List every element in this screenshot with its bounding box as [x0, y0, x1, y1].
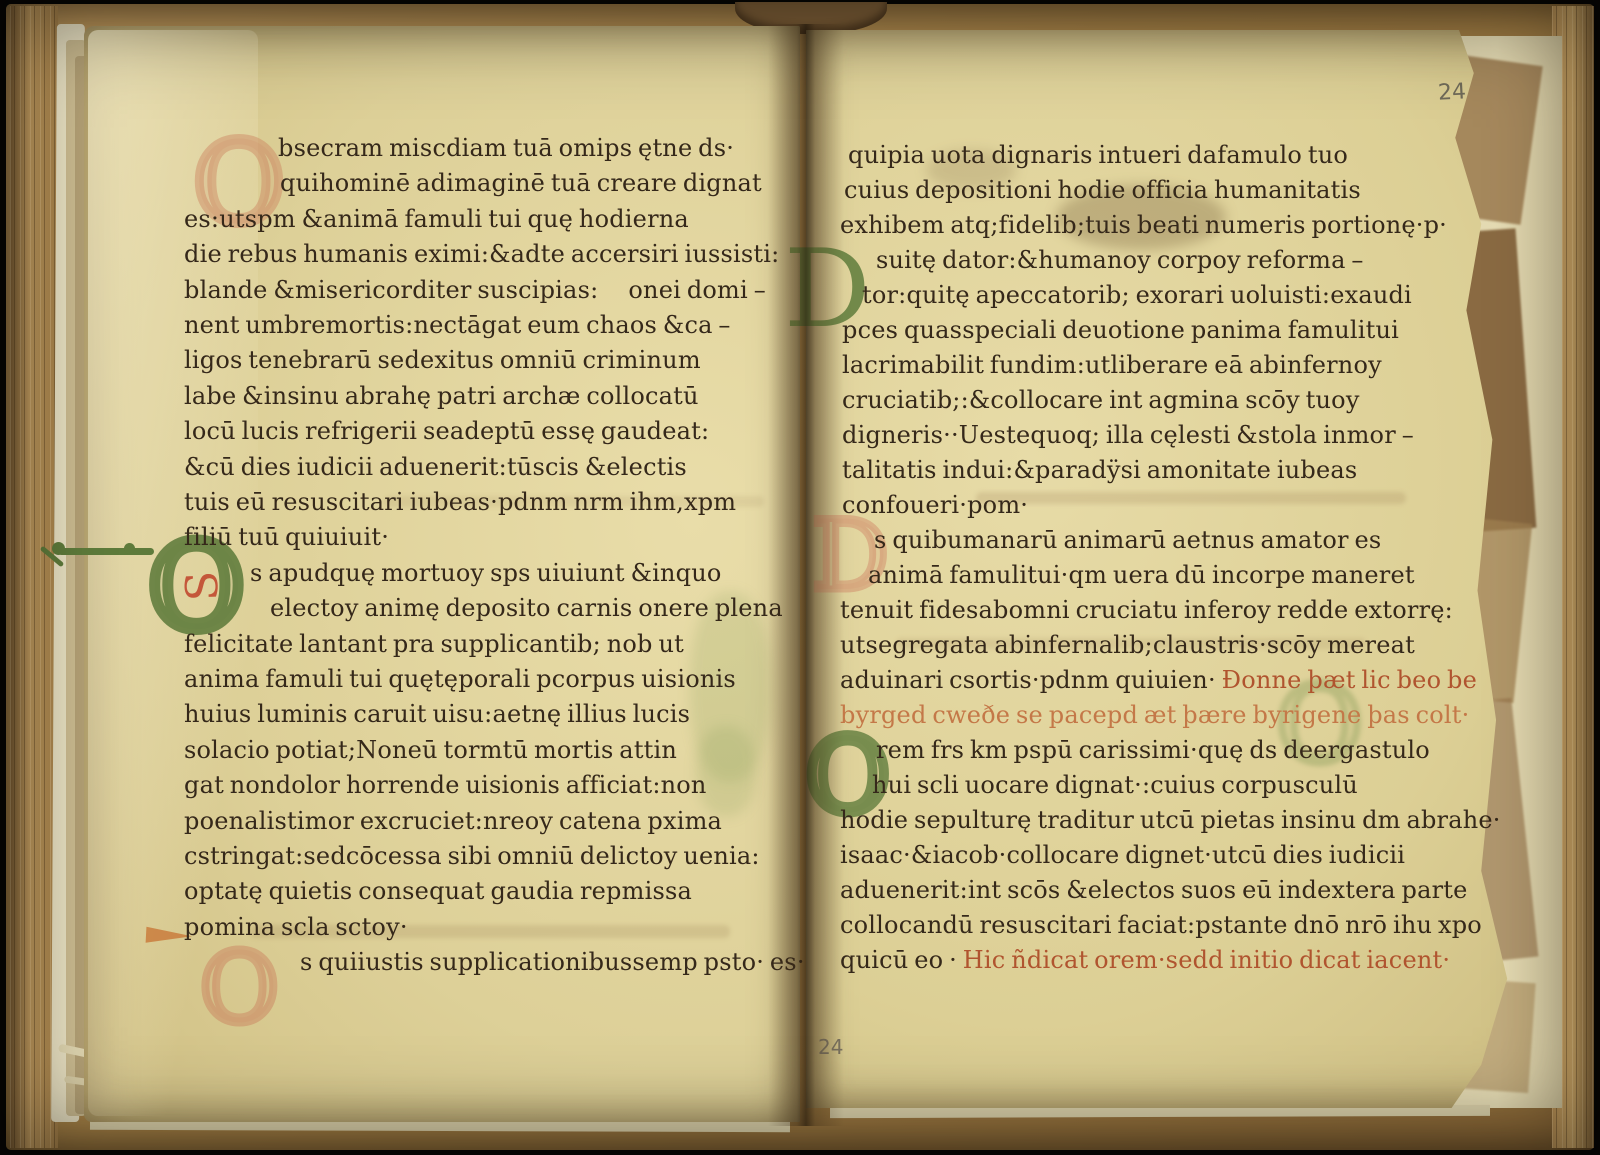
latin-text: pomina scla sctoy· — [184, 913, 408, 941]
initial-flourish — [52, 542, 65, 555]
initial-flourish — [58, 548, 154, 555]
latin-text: gat nondolor horrende uisionis afficiat:… — [184, 771, 707, 799]
latin-text: isaac·&iacob·collocare dignet·utcū dies … — [840, 841, 1405, 869]
latin-text: aduinari csortis·pdnm quiuien· — [840, 666, 1222, 694]
manuscript-line: hui scli uocare dignat·:cuius corpusculū — [872, 770, 1358, 800]
showthrough-text — [976, 492, 1406, 504]
manuscript-line: suitę dator:&humanoy corpoy reforma – — [876, 245, 1364, 275]
manuscript-line: cruciatib;:&collocare int agmina scōy tu… — [842, 385, 1360, 415]
cover-edge-left — [10, 6, 58, 1148]
manuscript-line: tuis eū resuscitari iubeas·pdnm nrm ihm,… — [184, 487, 736, 517]
latin-text: es:utspm &animā famuli tui quę hodierna — [184, 205, 689, 233]
manuscript-line: die rebus humanis eximi:&adte accersiri … — [184, 239, 779, 269]
rubric-text: byrged cweðe se pacepd æt þære byrigene … — [840, 701, 1469, 729]
latin-text: aduenerit:int scōs &electos suos eū inde… — [840, 876, 1468, 904]
left-page: O O S O bsecram miscdiam tuā omips ętne … — [84, 26, 800, 1122]
manuscript-line: digneris··Uestequoq; illa cęlesti &stola… — [842, 420, 1414, 450]
latin-text: tenuit fidesabomni cruciatu inferoy redd… — [840, 596, 1453, 624]
manuscript-line: anima famuli tui quętęporali pcorpus uis… — [184, 664, 736, 694]
latin-text: cuius depositioni hodie officia humanita… — [844, 176, 1361, 204]
latin-text: s quibumanarū animarū aetnus amator es — [874, 526, 1381, 554]
latin-text: exhibem atq;fidelib;tuis beati numeris p… — [840, 211, 1447, 239]
latin-text: locū lucis refrigerii seadeptū essę gaud… — [184, 417, 709, 445]
latin-text: poenalistimor excruciet:nreoy catena pxi… — [184, 807, 722, 835]
latin-text: &cū dies iudicii aduenerit:tūscis &elect… — [184, 453, 687, 481]
manuscript-line: tenuit fidesabomni cruciatu inferoy redd… — [840, 595, 1453, 625]
latin-text: quipia uota dignaris intueri dafamulo tu… — [848, 141, 1348, 169]
manuscript-line: poenalistimor excruciet:nreoy catena pxi… — [184, 806, 722, 836]
right-page: D D O O 24 24 quipia uota dignaris intue… — [806, 30, 1548, 1108]
manuscript-line: nent umbremortis:nectāgat eum chaos &ca … — [184, 310, 731, 340]
latin-text: hodie sepulturę traditur utcū pietas ins… — [840, 806, 1501, 834]
manuscript-line: pomina scla sctoy· — [184, 912, 408, 942]
latin-text: talitatis indui:&paradÿsi amonitate iube… — [842, 456, 1357, 484]
red-inset-s-icon: S — [181, 570, 226, 602]
latin-text: solacio potiat;Noneū tormtū mortis attin — [184, 736, 677, 764]
initial-flourish — [124, 543, 135, 554]
latin-text: confoueri·pom· — [842, 491, 1028, 519]
manuscript-photo: O O S O bsecram miscdiam tuā omips ętne … — [0, 0, 1600, 1155]
manuscript-line: s quibumanarū animarū aetnus amator es — [874, 525, 1381, 555]
latin-text: cstringat:sedcōcessa sibi omniū delictoy… — [184, 842, 760, 870]
manuscript-line: cuius depositioni hodie officia humanita… — [844, 175, 1361, 205]
latin-text: lacrimabilit fundim:utliberare eā abinfe… — [842, 351, 1382, 379]
manuscript-line: utsegregata abinfernalib;claustris·scōy … — [840, 630, 1415, 660]
manuscript-line: quihominē adimaginē tuā creare dignat — [280, 168, 762, 198]
manuscript-line: quipia uota dignaris intueri dafamulo tu… — [848, 140, 1348, 170]
manuscript-line: quicū eo · Hic ñdicat orem·sedd initio d… — [840, 945, 1450, 975]
latin-text: tor:quitę apeccatorib; exorari uoluisti:… — [862, 281, 1412, 309]
manuscript-line: felicitate lantant pra supplicantib; nob… — [184, 629, 684, 659]
manuscript-line: bsecram miscdiam tuā omips ętne ds· — [278, 133, 734, 163]
latin-text: filiū tuū quiuiuit· — [184, 523, 389, 551]
latin-text: s quiiustis supplicationibussemp psto· e… — [300, 948, 805, 976]
latin-text: pces quasspeciali deuotione panima famul… — [842, 316, 1399, 344]
manuscript-line: animā famulitui·qm uera dū incorpe maner… — [868, 560, 1415, 590]
latin-text: cruciatib;:&collocare int agmina scōy tu… — [842, 386, 1360, 414]
latin-text: bsecram miscdiam tuā omips ętne ds· — [278, 134, 734, 162]
manuscript-line: aduenerit:int scōs &electos suos eū inde… — [840, 875, 1468, 905]
latin-text: felicitate lantant pra supplicantib; nob… — [184, 630, 684, 658]
manuscript-line: blande &misericorditer suscipias: onei d… — [184, 275, 766, 305]
manuscript-line: &cū dies iudicii aduenerit:tūscis &elect… — [184, 452, 687, 482]
latin-text: tuis eū resuscitari iubeas·pdnm nrm ihm,… — [184, 488, 736, 516]
manuscript-line: exhibem atq;fidelib;tuis beati numeris p… — [840, 210, 1447, 240]
latin-text: digneris··Uestequoq; illa cęlesti &stola… — [842, 421, 1414, 449]
latin-text: blande &misericorditer suscipias: onei d… — [184, 276, 766, 304]
latin-text: quicū eo · — [840, 946, 963, 974]
manuscript-line: byrged cweðe se pacepd æt þære byrigene … — [840, 700, 1469, 730]
manuscript-line: collocandū resuscitari faciat:pstante dn… — [840, 910, 1482, 940]
manuscript-line: labe &insinu abrahę patri archæ collocat… — [184, 381, 699, 411]
manuscript-line: optatę quietis consequat gaudia repmissa — [184, 876, 692, 906]
faded-initial-o-icon: O — [200, 940, 279, 1036]
latin-text: anima famuli tui quętęporali pcorpus uis… — [184, 665, 736, 693]
manuscript-line: hodie sepulturę traditur utcū pietas ins… — [840, 805, 1501, 835]
latin-text: huius luminis caruit uisu:aetnę illius l… — [184, 700, 690, 728]
latin-text: optatę quietis consequat gaudia repmissa — [184, 877, 692, 905]
manuscript-line: cstringat:sedcōcessa sibi omniū delictoy… — [184, 841, 760, 871]
manuscript-line: confoueri·pom· — [842, 490, 1028, 520]
manuscript-line: lacrimabilit fundim:utliberare eā abinfe… — [842, 350, 1382, 380]
latin-text: electoy animę deposito carnis onere plen… — [270, 594, 783, 622]
latin-text: hui scli uocare dignat·:cuius corpusculū — [872, 771, 1358, 799]
latin-text: nent umbremortis:nectāgat eum chaos &ca … — [184, 311, 731, 339]
manuscript-line: talitatis indui:&paradÿsi amonitate iube… — [842, 455, 1357, 485]
manuscript-line: aduinari csortis·pdnm quiuien· Ðonne þæt… — [840, 665, 1477, 695]
manuscript-line: solacio potiat;Noneū tormtū mortis attin — [184, 735, 677, 765]
latin-text: animā famulitui·qm uera dū incorpe maner… — [868, 561, 1415, 589]
latin-text: s apudquę mortuoy sps uiuiunt &inquo — [250, 559, 722, 587]
folio-number-top: 24 — [1437, 79, 1466, 105]
folio-number-bottom: 24 — [818, 1035, 843, 1059]
manuscript-line: es:utspm &animā famuli tui quę hodierna — [184, 204, 689, 234]
manuscript-line: tor:quitę apeccatorib; exorari uoluisti:… — [862, 280, 1412, 310]
latin-text: ligos tenebrarū sedexitus omniū criminum — [184, 346, 701, 374]
latin-text: rem frs km pspū carissimi·quę ds deergas… — [876, 736, 1430, 764]
latin-text: suitę dator:&humanoy corpoy reforma – — [876, 246, 1364, 274]
manuscript-line: rem frs km pspū carissimi·quę ds deergas… — [876, 735, 1430, 765]
manuscript-line: gat nondolor horrende uisionis afficiat:… — [184, 770, 707, 800]
cover-ridges — [10, 6, 58, 1148]
manuscript-line: isaac·&iacob·collocare dignet·utcū dies … — [840, 840, 1405, 870]
latin-text: die rebus humanis eximi:&adte accersiri … — [184, 240, 779, 268]
manuscript-line: ligos tenebrarū sedexitus omniū criminum — [184, 345, 701, 375]
latin-text: collocandū resuscitari faciat:pstante dn… — [840, 911, 1482, 939]
manuscript-line: locū lucis refrigerii seadeptū essę gaud… — [184, 416, 709, 446]
latin-text: labe &insinu abrahę patri archæ collocat… — [184, 382, 699, 410]
manuscript-line: pces quasspeciali deuotione panima famul… — [842, 315, 1399, 345]
latin-text: quihominē adimaginē tuā creare dignat — [280, 169, 762, 197]
rubric-text: Ðonne þæt lic beo be — [1222, 666, 1477, 694]
manuscript-line: filiū tuū quiuiuit· — [184, 522, 389, 552]
latin-text: utsegregata abinfernalib;claustris·scōy … — [840, 631, 1415, 659]
rubric-text: Hic ñdicat orem·sedd initio dicat iacent… — [963, 946, 1450, 974]
manuscript-line: huius luminis caruit uisu:aetnę illius l… — [184, 699, 690, 729]
manuscript-line: electoy animę deposito carnis onere plen… — [270, 593, 783, 623]
manuscript-line: s quiiustis supplicationibussemp psto· e… — [300, 947, 805, 977]
manuscript-line: s apudquę mortuoy sps uiuiunt &inquo — [250, 558, 722, 588]
